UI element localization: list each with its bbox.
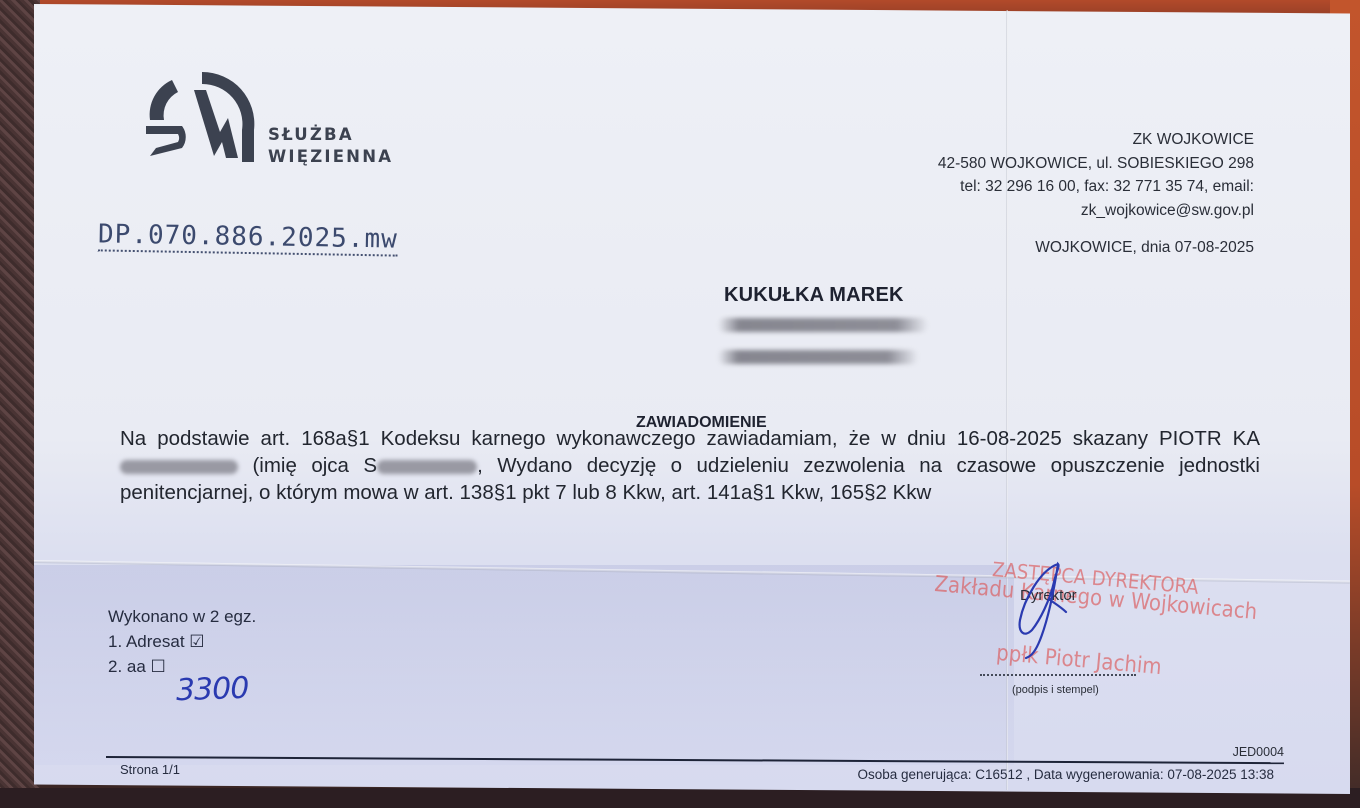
- recipient-name: KUKUŁKA MAREK: [724, 284, 904, 307]
- copy-item-2-label: 2. aa: [108, 657, 146, 676]
- place-date: WOJKOWICE, dnia 07-08-2025: [938, 236, 1254, 260]
- empty-box-icon: ☐: [151, 657, 166, 676]
- redacted-address-line-1: [718, 318, 928, 332]
- institution-contact: tel: 32 296 16 00, fax: 32 771 35 74, em…: [938, 175, 1254, 199]
- checked-box-icon: ☑: [189, 632, 204, 651]
- logo-line-2: WIĘZIENNA: [268, 146, 393, 168]
- handwritten-reference-number: DP.070.886.2025.mw: [98, 219, 398, 256]
- notice-body: Na podstawie art. 168a§1 Kodeksu karnego…: [120, 425, 1260, 506]
- sw-logo-icon: [142, 70, 260, 162]
- notice-text-part-1: Na podstawie art. 168a§1 Kodeksu karnego…: [120, 427, 1260, 450]
- copies-block: Wykonano w 2 egz. 1. Adresat ☑ 2. aa ☐: [108, 604, 256, 679]
- generation-info: Osoba generująca: C16512 , Data wygenero…: [857, 767, 1274, 782]
- copies-heading: Wykonano w 2 egz.: [108, 604, 256, 629]
- signature-caption: (podpis i stempel): [1012, 684, 1099, 696]
- handwritten-number: 3300: [175, 671, 249, 709]
- redacted-surname: [120, 460, 238, 474]
- page-number: Strona 1/1: [120, 762, 180, 777]
- copy-item-1: 1. Adresat ☑: [108, 629, 256, 654]
- institution-street: 42-580 WOJKOWICE, ul. SOBIESKIEGO 298: [938, 152, 1254, 176]
- redacted-father-name: [377, 460, 477, 474]
- notice-text-part-2: (imię ojca S: [252, 454, 377, 477]
- document-code: JED0004: [1233, 745, 1284, 759]
- institution-email: zk_wojkowice@sw.gov.pl: [938, 199, 1254, 223]
- logo-wordmark: SŁUŻBA WIĘZIENNA: [268, 124, 393, 168]
- logo-line-1: SŁUŻBA: [268, 124, 393, 146]
- institution-name: ZK WOJKOWICE: [938, 128, 1254, 152]
- copy-item-1-label: 1. Adresat: [108, 632, 185, 651]
- institution-address: ZK WOJKOWICE 42-580 WOJKOWICE, ul. SOBIE…: [938, 128, 1254, 260]
- redacted-address-line-2: [718, 350, 918, 364]
- signature-line: [980, 674, 1136, 676]
- fold-crease-vertical: [1006, 10, 1008, 790]
- handwritten-signature-icon: [1010, 560, 1080, 660]
